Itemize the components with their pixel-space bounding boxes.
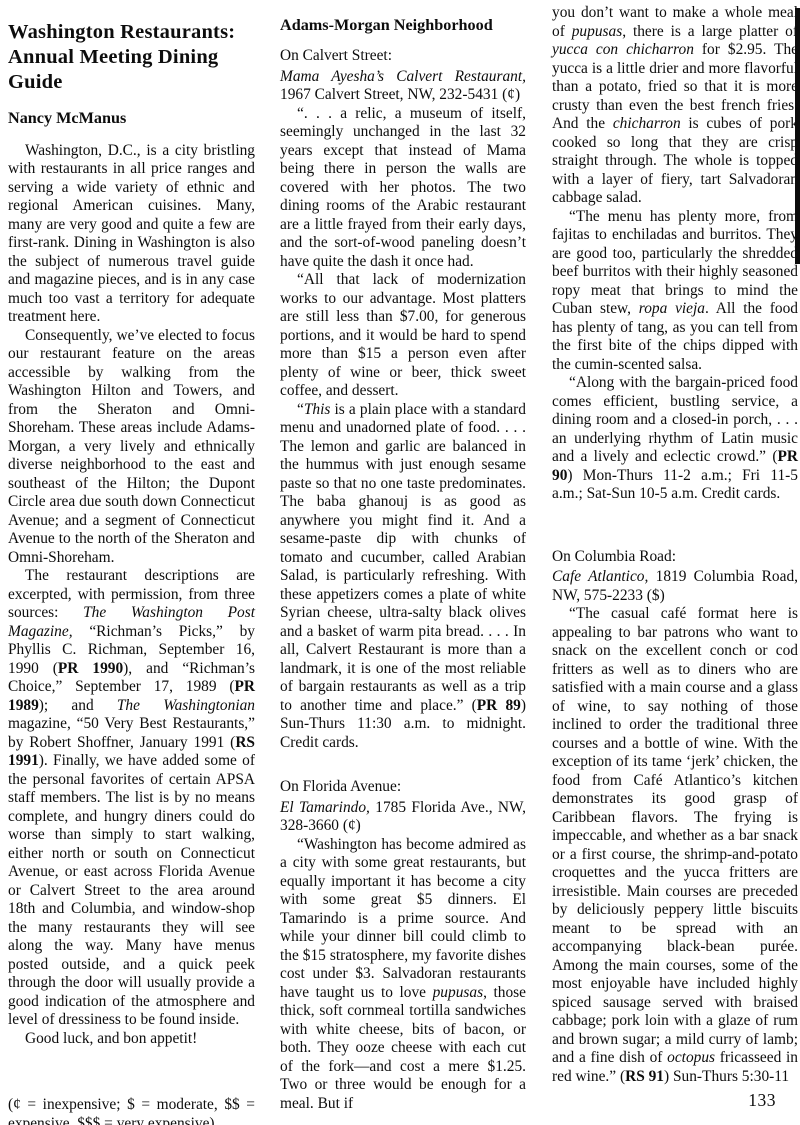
article-title: Washington Restaurants: Annual Meeting D… [8,20,255,95]
paragraph: “This is a plain place with a standard m… [280,401,526,753]
paragraph: The restaurant descriptions are excerpte… [8,567,255,1030]
paragraph: “All that lack of modernization works to… [280,271,526,401]
paragraph: “Washington has become admired as a city… [280,836,526,1114]
author-name: Nancy McManus [8,109,255,128]
paragraph: “The casual café format here is appealin… [552,605,798,1086]
restaurant-entry: El Tamarindo, 1785 Florida Ave., NW, 328… [280,799,526,836]
street-subhead: On Columbia Road: [552,548,798,567]
paragraph: Washington, D.C., is a city bristling wi… [8,142,255,327]
middle-column-body: On Calvert Street:Mama Ayesha’s Calvert … [280,47,526,1113]
paragraph: “The menu has plenty more, from fajitas … [552,208,798,375]
paragraph: “. . . a relic, a museum of itself, seem… [280,105,526,272]
left-column: Washington Restaurants: Annual Meeting D… [8,20,255,1125]
page: Washington Restaurants: Annual Meeting D… [0,0,800,1125]
page-number: 133 [748,1090,776,1111]
price-key-note: (¢ = inexpensive; $ = moderate, $$ = exp… [8,1096,255,1125]
middle-column: Adams-Morgan Neighborhood On Calvert Str… [280,16,526,1113]
restaurant-entry: Mama Ayesha’s Calvert Restaurant, 1967 C… [280,68,526,105]
street-subhead: On Florida Avenue: [280,778,526,797]
right-column-body: you don’t want to make a whole meal of p… [552,4,798,1086]
paragraph: Good luck, and bon appetit! [8,1030,255,1049]
scan-edge-artifact [795,8,800,264]
paragraph: Consequently, we’ve elected to focus our… [8,327,255,568]
paragraph-continuation: you don’t want to make a whole meal of p… [552,4,798,208]
street-subhead: On Calvert Street: [280,47,526,66]
restaurant-entry: Cafe Atlantico, 1819 Columbia Road, NW, … [552,568,798,605]
right-column: you don’t want to make a whole meal of p… [552,4,798,1086]
paragraph: “Along with the bargain-priced food come… [552,374,798,504]
left-column-body: Washington, D.C., is a city bristling wi… [8,142,255,1125]
section-heading: Adams-Morgan Neighborhood [280,16,526,35]
